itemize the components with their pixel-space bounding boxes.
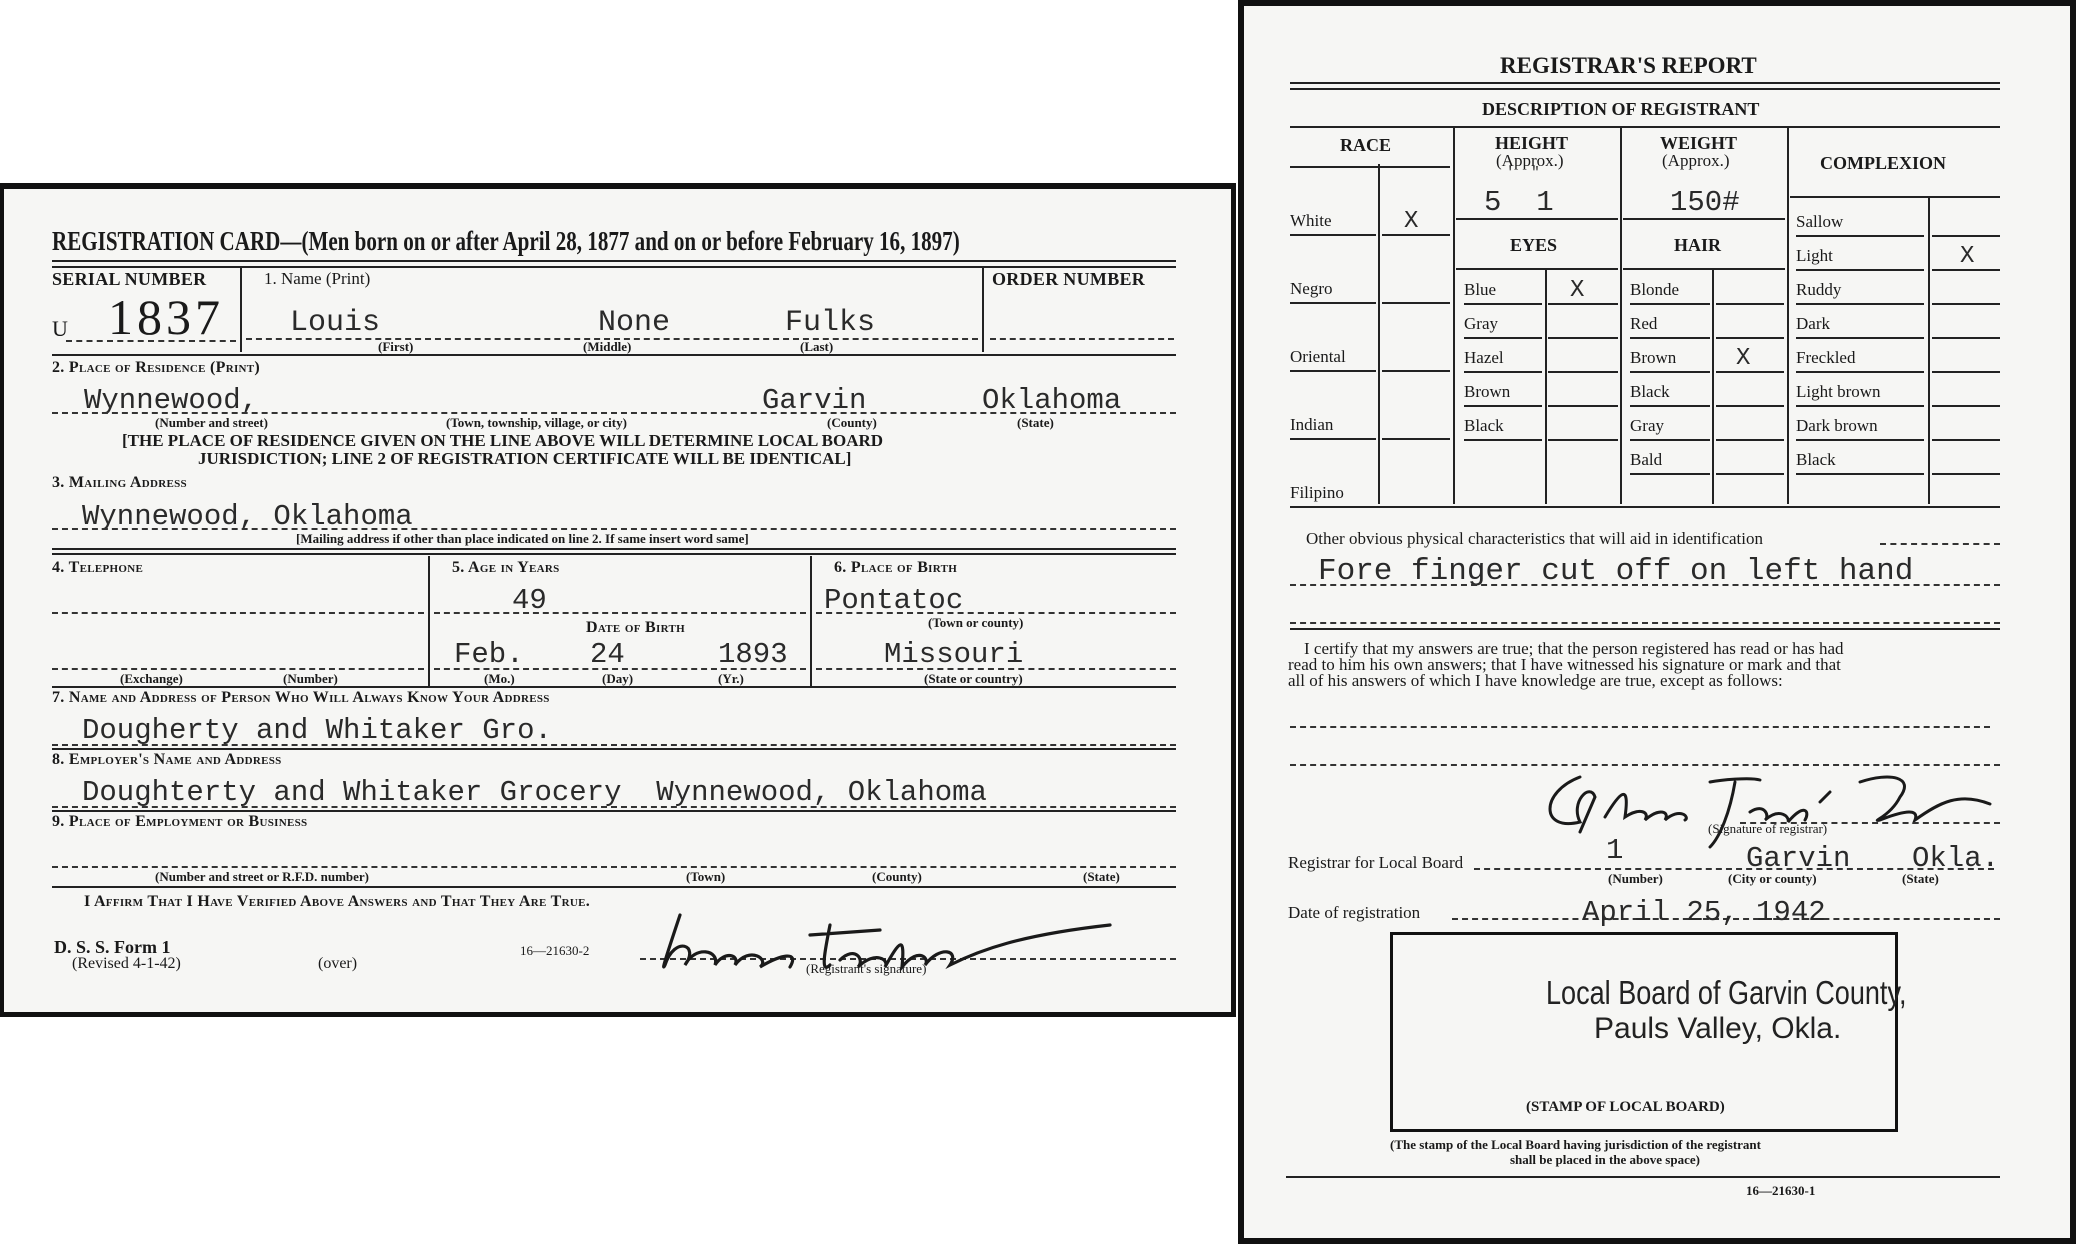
- dob-line: [434, 668, 806, 670]
- rule-after-birth: [52, 686, 1176, 688]
- birthplace-state[interactable]: Missouri: [884, 640, 1023, 669]
- serial-number-value[interactable]: 1837: [108, 292, 224, 342]
- exchange-caption: (Exchange): [120, 672, 183, 685]
- serial-number-label: SERIAL NUMBER: [52, 270, 206, 288]
- other-characteristics-line: [1290, 584, 2000, 586]
- eyes-header-rule: [1456, 268, 1618, 270]
- employment-caption-state: (State): [1083, 870, 1120, 883]
- other-characteristics-label: Other obvious physical characteristics t…: [1306, 530, 1763, 547]
- stamp-line-1: Local Board of Garvin County,: [1546, 976, 1906, 1009]
- eyes-checkbox[interactable]: X: [1570, 279, 1584, 303]
- rule-after-mailing-2: [52, 553, 1176, 555]
- date-of-registration-value[interactable]: April 25, 1942: [1582, 898, 1826, 927]
- hair-mark-rule: [1716, 337, 1784, 339]
- rule-after-contact: [52, 748, 1176, 750]
- serial-prefix: U: [52, 318, 68, 340]
- eyes-mark-rule: [1548, 439, 1618, 441]
- hair-row-rule: [1630, 405, 1710, 407]
- local-board-county[interactable]: Garvin: [1746, 844, 1850, 873]
- date-of-registration-label: Date of registration: [1288, 904, 1420, 921]
- employment-place-label: 9. Place of Employment or Business: [52, 814, 307, 830]
- residence-caption-town: (Town, township, village, or city): [446, 416, 627, 429]
- number-caption: (Number): [283, 672, 338, 685]
- name-label: 1. Name (Print): [264, 270, 370, 287]
- other-characteristics-leader: [1880, 543, 2000, 545]
- last-caption: (Last): [800, 340, 833, 353]
- age-line: [434, 612, 806, 614]
- tel-age-divider: [428, 556, 430, 686]
- complexion-row-rule: [1796, 337, 1924, 339]
- yr-caption: (Yr.): [718, 672, 744, 685]
- serial-divider: [240, 268, 242, 352]
- height-header: HEIGHT: [1495, 134, 1568, 152]
- eyes-mark-rule: [1548, 337, 1618, 339]
- eyes-row-rule: [1464, 371, 1542, 373]
- race-row-rule: [1290, 370, 1376, 372]
- complexion-mark-rule: [1932, 473, 2000, 475]
- eyes-row-rule: [1464, 303, 1542, 305]
- order-number-label: ORDER NUMBER: [992, 270, 1145, 288]
- residence-line: [52, 412, 1176, 414]
- contact-line: [52, 744, 1176, 746]
- weight-complexion-divider: [1787, 128, 1789, 504]
- race-option-label: Negro: [1290, 280, 1332, 297]
- eyes-option-label: Brown: [1464, 383, 1510, 400]
- complexion-option-label: Dark brown: [1796, 417, 1878, 434]
- hair-option-label: Gray: [1630, 417, 1664, 434]
- complexion-row-rule: [1796, 371, 1924, 373]
- eyes-header: EYES: [1510, 236, 1557, 254]
- complexion-option-label: Black: [1796, 451, 1836, 468]
- day-caption: (Day): [602, 672, 633, 685]
- hair-checkbox[interactable]: X: [1736, 347, 1750, 371]
- serial-line: [66, 340, 236, 342]
- race-option-label: Oriental: [1290, 348, 1346, 365]
- stamp-line-2: Pauls Valley, Okla.: [1594, 1014, 1841, 1044]
- employer-value[interactable]: Doughterty and Whitaker Grocery Wynnewoo…: [82, 778, 987, 807]
- height-value[interactable]: 5 1: [1484, 188, 1554, 217]
- affirmation: I Affirm That I Have Verified Above Answ…: [84, 894, 590, 910]
- dob-month[interactable]: Feb.: [454, 640, 524, 669]
- form-revised: (Revised 4-1-42): [72, 956, 181, 972]
- complexion-option-label: Light: [1796, 247, 1833, 264]
- print-code-front: 16—21630-2: [520, 944, 589, 957]
- complexion-option-label: Sallow: [1796, 213, 1843, 230]
- hair-row-rule: [1630, 473, 1710, 475]
- rule-after-employment: [52, 886, 1176, 888]
- signature-caption: (Registrant's signature): [806, 962, 926, 975]
- order-line: [990, 338, 1174, 340]
- hair-mark-divider: [1712, 270, 1714, 504]
- report-bottom-rule: [1286, 1176, 2000, 1178]
- registrar-signature: [1520, 762, 2020, 852]
- complexion-option-label: Light brown: [1796, 383, 1881, 400]
- hair-mark-rule: [1716, 303, 1784, 305]
- complexion-mark-rule: [1932, 337, 2000, 339]
- height-weight-divider: [1620, 128, 1622, 504]
- rule-after-mailing-1: [52, 548, 1176, 550]
- birthplace-town-line: [816, 612, 1176, 614]
- complexion-mark-rule: [1932, 235, 2000, 237]
- race-mark-rule: [1382, 302, 1450, 304]
- hair-mark-rule: [1716, 405, 1784, 407]
- hair-header-rule: [1623, 268, 1785, 270]
- telephone-label: 4. Telephone: [52, 560, 143, 576]
- race-header-rule: [1290, 166, 1450, 168]
- local-board-state[interactable]: Okla.: [1912, 844, 1999, 873]
- description-rule: [1290, 126, 2000, 128]
- complexion-row-rule: [1796, 439, 1924, 441]
- mailing-line: [52, 528, 1176, 530]
- hair-header: HAIR: [1674, 236, 1721, 254]
- exceptions-line-1: [1290, 726, 1990, 728]
- hair-mark-rule: [1716, 371, 1784, 373]
- stamp-note-1: (The stamp of the Local Board having jur…: [1390, 1138, 1761, 1151]
- rule-after-employer: [52, 810, 1176, 812]
- contact-label: 7. Name and Address of Person Who Will A…: [52, 690, 550, 706]
- report-rule-2: [1290, 88, 2000, 90]
- birthplace-town-caption: (Town or county): [928, 616, 1023, 629]
- race-row-rule: [1290, 438, 1376, 440]
- birthplace-label: 6. Place of Birth: [834, 560, 957, 576]
- race-height-divider: [1453, 128, 1455, 504]
- complexion-mark-rule: [1932, 269, 2000, 271]
- report-rule-1: [1290, 82, 2000, 84]
- complexion-checkbox[interactable]: X: [1960, 245, 1974, 269]
- complexion-row-rule: [1796, 405, 1924, 407]
- complexion-option-label: Freckled: [1796, 349, 1855, 366]
- card-title: REGISTRATION CARD—(Men born on or after …: [52, 228, 960, 255]
- eyes-option-label: Gray: [1464, 315, 1498, 332]
- eyes-mark-divider: [1545, 270, 1547, 504]
- hair-option-label: Red: [1630, 315, 1657, 332]
- local-board-number-caption: (Number): [1608, 872, 1663, 885]
- race-mark-divider: [1378, 164, 1380, 504]
- residence-caption-state: (State): [1017, 416, 1054, 429]
- local-board-state-caption: (State): [1902, 872, 1939, 885]
- hair-mark-rule: [1716, 439, 1784, 441]
- employment-line: [52, 866, 1176, 868]
- hair-row-rule: [1630, 337, 1710, 339]
- employment-caption-town: (Town): [686, 870, 725, 883]
- name-middle[interactable]: None: [598, 308, 670, 338]
- eyes-mark-rule: [1548, 405, 1618, 407]
- eyes-row-rule: [1464, 439, 1542, 441]
- race-row-rule: [1290, 302, 1376, 304]
- stamp-note-2: shall be placed in the above space): [1510, 1153, 1700, 1166]
- eyes-mark-rule: [1548, 303, 1618, 305]
- birthplace-state-line: [816, 668, 1176, 670]
- age-value[interactable]: 49: [512, 586, 547, 615]
- hair-mark-rule: [1716, 473, 1784, 475]
- eyes-option-label: Hazel: [1464, 349, 1504, 366]
- name-last[interactable]: Fulks: [785, 308, 875, 338]
- race-mark-rule: [1382, 370, 1450, 372]
- contact-value[interactable]: Dougherty and Whitaker Gro.: [82, 716, 552, 745]
- weight-rule: [1623, 218, 1785, 220]
- eyes-option-label: Black: [1464, 417, 1504, 434]
- eyes-option-label: Blue: [1464, 281, 1496, 298]
- eyes-row-rule: [1464, 337, 1542, 339]
- local-board-number[interactable]: 1: [1606, 836, 1623, 865]
- telephone-line-1: [52, 612, 424, 614]
- hair-option-label: Blonde: [1630, 281, 1679, 298]
- birthplace-town[interactable]: Pontatoc: [824, 586, 963, 615]
- complexion-row-rule: [1796, 473, 1924, 475]
- race-mark-rule: [1382, 234, 1450, 236]
- mailing-address-label: 3. Mailing Address: [52, 475, 187, 491]
- race-option-label: Indian: [1290, 416, 1333, 433]
- age-birth-divider: [810, 556, 812, 686]
- dob-year[interactable]: 1893: [718, 640, 788, 669]
- title-rule-1: [52, 260, 1176, 262]
- residence-county[interactable]: Garvin: [762, 386, 866, 415]
- description-subtitle: DESCRIPTION OF REGISTRANT: [1482, 100, 1759, 118]
- weight-value[interactable]: 150#: [1670, 188, 1740, 217]
- local-board-county-caption: (City or county): [1728, 872, 1817, 885]
- mo-caption: (Mo.): [484, 672, 515, 685]
- order-divider: [982, 268, 984, 352]
- race-checkbox[interactable]: X: [1404, 210, 1418, 234]
- birthplace-state-caption: (State or country): [924, 672, 1023, 685]
- height-unit-marks: ' ": [1506, 166, 1540, 180]
- dob-day[interactable]: 24: [590, 640, 625, 669]
- complexion-header-rule: [1790, 196, 2000, 198]
- employer-line: [52, 806, 1176, 808]
- residence-notice-2: JURISDICTION; LINE 2 OF REGISTRATION CER…: [198, 450, 851, 467]
- complexion-mark-rule: [1932, 405, 2000, 407]
- hair-option-label: Black: [1630, 383, 1670, 400]
- report-title: REGISTRAR'S REPORT: [1500, 54, 1757, 77]
- hair-option-label: Brown: [1630, 349, 1676, 366]
- local-board-label: Registrar for Local Board: [1288, 854, 1463, 871]
- complexion-header: COMPLEXION: [1820, 154, 1946, 172]
- dob-label: Date of Birth: [586, 620, 685, 636]
- complexion-row-rule: [1796, 303, 1924, 305]
- weight-sub: (Approx.): [1662, 152, 1730, 169]
- employment-caption-street: (Number and street or R.F.D. number): [155, 870, 369, 883]
- other-characteristics-line-2: [1290, 622, 2000, 624]
- rule-after-name: [52, 354, 1176, 356]
- residence-label: 2. Place of Residence (Print): [52, 360, 260, 376]
- over-label: (over): [318, 956, 357, 972]
- residence-town[interactable]: Wynnewood,: [84, 386, 258, 415]
- first-caption: (First): [378, 340, 413, 353]
- certify-top-rule: [1290, 628, 2000, 630]
- complexion-option-label: Ruddy: [1796, 281, 1841, 298]
- name-first[interactable]: Louis: [290, 308, 380, 338]
- hair-row-rule: [1630, 303, 1710, 305]
- hair-row-rule: [1630, 371, 1710, 373]
- complexion-mark-rule: [1932, 371, 2000, 373]
- age-label: 5. Age in Years: [452, 560, 560, 576]
- telephone-line-2: [52, 668, 424, 670]
- form-id: D. S. S. Form 1: [54, 938, 171, 956]
- eyes-mark-rule: [1548, 371, 1618, 373]
- residence-state[interactable]: Oklahoma: [982, 386, 1121, 415]
- stamp-caption: (STAMP OF LOCAL BOARD): [1526, 1100, 1725, 1115]
- title-rule-2: [52, 266, 1176, 268]
- residence-caption-street: (Number and street): [155, 416, 268, 429]
- employer-label: 8. Employer's Name and Address: [52, 752, 282, 768]
- mailing-address-value[interactable]: Wynnewood, Oklahoma: [82, 502, 413, 531]
- complexion-mark-rule: [1932, 303, 2000, 305]
- complexion-mark-rule: [1932, 439, 2000, 441]
- residence-caption-county: (County): [827, 416, 877, 429]
- height-rule: [1456, 218, 1618, 220]
- complexion-option-label: Dark: [1796, 315, 1830, 332]
- middle-caption: (Middle): [583, 340, 631, 353]
- race-row-rule: [1290, 234, 1376, 236]
- registrar-signature-caption: (Signature of registrar): [1708, 822, 1827, 835]
- weight-header: WEIGHT: [1660, 134, 1737, 152]
- table-bottom-rule: [1290, 506, 2000, 508]
- certify-line-3: all of his answers of which I have knowl…: [1288, 672, 1783, 689]
- mailing-caption: [Mailing address if other than place ind…: [296, 532, 749, 545]
- hair-row-rule: [1630, 439, 1710, 441]
- residence-notice-1: [THE PLACE OF RESIDENCE GIVEN ON THE LIN…: [122, 432, 883, 449]
- race-option-label: Filipino: [1290, 484, 1344, 501]
- other-characteristics-value[interactable]: Fore finger cut off on left hand: [1318, 556, 1913, 587]
- print-code-back: 16—21630-1: [1746, 1184, 1815, 1197]
- employment-caption-county: (County): [872, 870, 922, 883]
- complexion-row-rule: [1796, 269, 1924, 271]
- hair-option-label: Bald: [1630, 451, 1662, 468]
- race-header: RACE: [1340, 136, 1391, 154]
- complexion-mark-divider: [1928, 196, 1930, 504]
- eyes-row-rule: [1464, 405, 1542, 407]
- complexion-row-rule: [1796, 235, 1924, 237]
- race-mark-rule: [1382, 438, 1450, 440]
- race-option-label: White: [1290, 212, 1332, 229]
